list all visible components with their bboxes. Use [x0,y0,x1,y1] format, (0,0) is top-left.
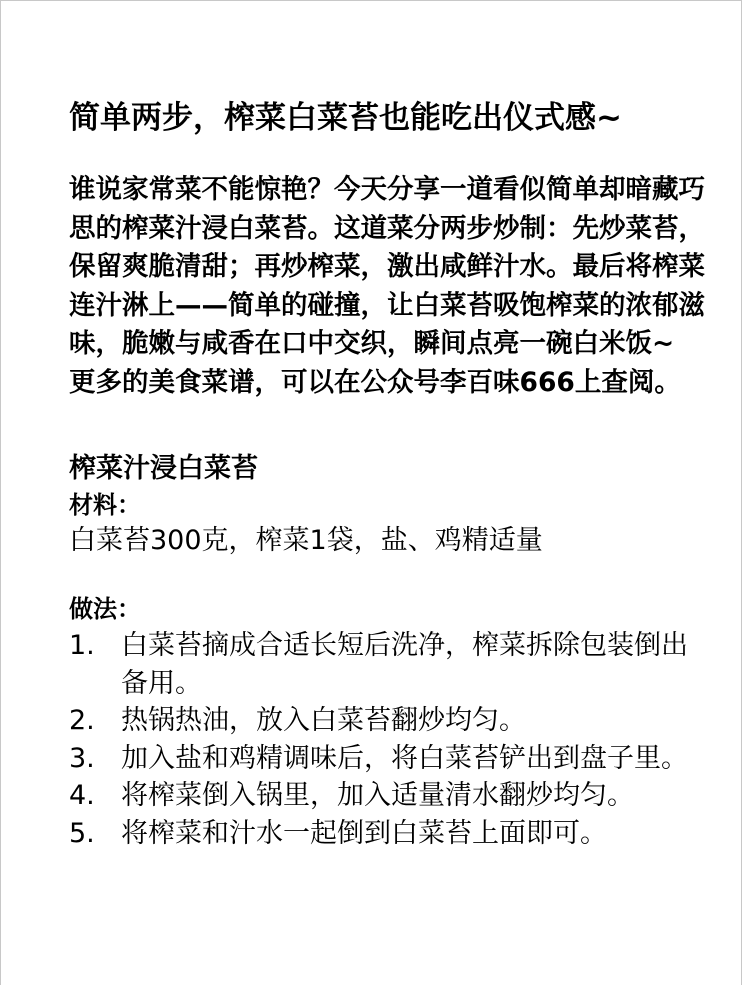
step-number: 2. [69,702,121,740]
recipe-name: 榨菜汁浸白菜苔 [69,449,258,489]
intro-text: 谁说家常菜不能惊艳？今天分享一道看似简单却暗藏巧思的榨菜汁浸白菜苔。这道菜分两步… [69,171,709,402]
step-number: 1. [69,627,121,702]
step-item: 5. 将榨菜和汁水一起倒到白菜苔上面即可。 [69,815,709,853]
step-text: 将榨菜和汁水一起倒到白菜苔上面即可。 [121,815,709,853]
page-title: 简单两步，榨菜白菜苔也能吃出仪式感~ [69,98,729,138]
method-label: 做法： [69,591,141,627]
step-number: 5. [69,815,121,853]
step-text: 将榨菜倒入锅里，加入适量清水翻炒均匀。 [121,777,709,815]
steps-list: 1. 白菜苔摘成合适长短后洗净，榨菜拆除包装倒出备用。 2. 热锅热油，放入白菜… [69,627,709,852]
step-item: 3. 加入盐和鸡精调味后，将白菜苔铲出到盘子里。 [69,740,709,778]
ingredients-text: 白菜苔300克，榨菜1袋，盐、鸡精适量 [69,521,543,561]
step-item: 1. 白菜苔摘成合适长短后洗净，榨菜拆除包装倒出备用。 [69,627,709,702]
ingredients-label: 材料： [69,487,141,523]
step-item: 2. 热锅热油，放入白菜苔翻炒均匀。 [69,702,709,740]
intro-paragraph: 谁说家常菜不能惊艳？今天分享一道看似简单却暗藏巧思的榨菜汁浸白菜苔。这道菜分两步… [69,171,709,402]
step-text: 白菜苔摘成合适长短后洗净，榨菜拆除包装倒出备用。 [121,627,709,702]
step-text: 加入盐和鸡精调味后，将白菜苔铲出到盘子里。 [121,740,709,778]
recipe-page: 简单两步，榨菜白菜苔也能吃出仪式感~ 谁说家常菜不能惊艳？今天分享一道看似简单却… [0,0,742,985]
step-number: 4. [69,777,121,815]
step-text: 热锅热油，放入白菜苔翻炒均匀。 [121,702,709,740]
step-item: 4. 将榨菜倒入锅里，加入适量清水翻炒均匀。 [69,777,709,815]
step-number: 3. [69,740,121,778]
